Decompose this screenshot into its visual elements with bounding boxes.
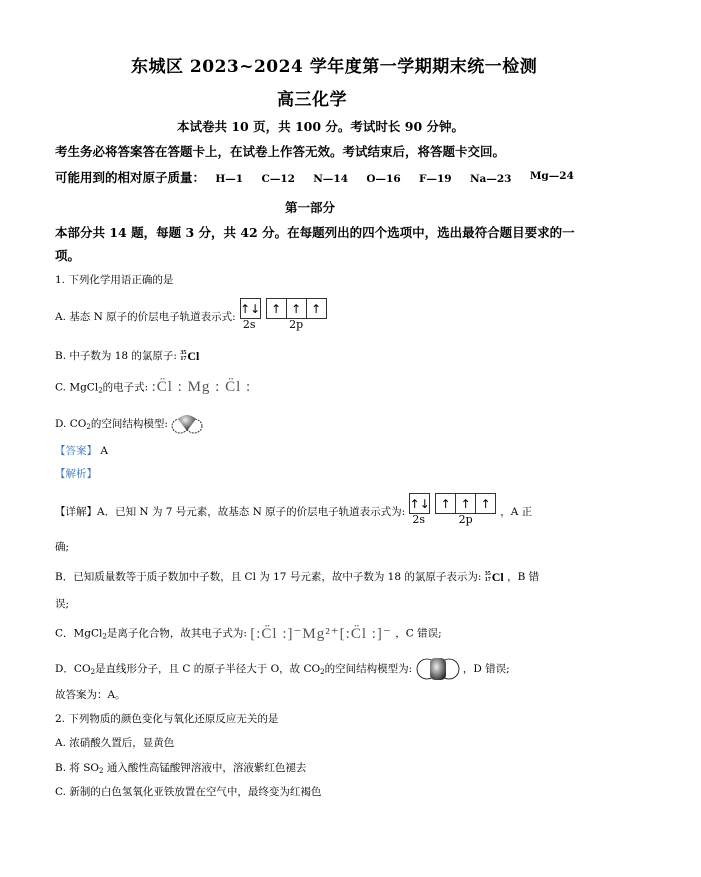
orbital-label-2p: 2p bbox=[434, 514, 497, 525]
orbital-label-2p: 2p bbox=[265, 319, 328, 330]
detail-b-cont: 误; bbox=[55, 596, 69, 611]
detail-b: B．已知质量数等于质子数加中子数，且 Cl 为 17 号元素，故中子数为 18 … bbox=[55, 569, 539, 585]
atomic-masses: 可能用到的相对原子质量： H—1 C—12 N—14 O—16 F—19 Na—… bbox=[55, 168, 574, 186]
exam-title: 东城区 2023~2024 学年度第一学期期末统一检测 bbox=[131, 52, 537, 77]
q2-stem: 2. 下列物质的颜色变化与氧化还原反应无关的是 bbox=[55, 711, 278, 726]
isotope-symbol: Cl bbox=[187, 349, 199, 364]
detail-d: D．CO2是直线形分子，且 C 的原子半径大于 O，故 CO2的空间结构模型为:… bbox=[55, 657, 510, 681]
lewis-structure-mgcl2: :C̈l : Mg : C̈l : bbox=[152, 379, 252, 395]
atomic-mass-c: C—12 bbox=[261, 173, 294, 185]
orbital-2p: ↑ ↑ ↑ bbox=[435, 493, 496, 514]
detail-a-text: A．已知 N 为 7 号元素，故基态 N 原子的价层电子轨道表示式为: bbox=[97, 506, 405, 518]
orbital-2p: ↑ ↑ ↑ bbox=[266, 298, 327, 319]
orbital-diagram: ↑↓ ↑ ↑ ↑ 2s 2p bbox=[408, 493, 497, 525]
q2-option-b-prefix: B. 将 SO bbox=[55, 762, 99, 774]
detail-label-text: 【详解】 bbox=[55, 506, 97, 518]
answer-label: 【答案】 bbox=[55, 445, 97, 457]
orbital-label-2s: 2s bbox=[408, 514, 429, 525]
q2-option-a: A. 浓硝酸久置后，显黄色 bbox=[55, 735, 174, 750]
detail-b-text: B．已知质量数等于质子数加中子数，且 Cl 为 17 号元素，故中子数为 18 … bbox=[55, 571, 481, 583]
exam-info: 本试卷共 10 页，共 100 分。考试时长 90 分钟。 bbox=[177, 117, 464, 135]
part-desc-line1: 本部分共 14 题，每题 3 分，共 42 分。在每题列出的四个选项中，选出最符… bbox=[55, 223, 575, 241]
q1-stem: 1. 下列化学用语正确的是 bbox=[55, 272, 173, 287]
detail-d-prefix: D．CO bbox=[55, 663, 91, 675]
detail-d-mid2: 的空间结构模型为: bbox=[325, 663, 413, 675]
part-desc-line2: 项。 bbox=[55, 246, 80, 264]
atomic-mass-mg: Mg—24 bbox=[530, 170, 574, 182]
isotope-atomic-number: 17 bbox=[485, 577, 491, 583]
q1-conclusion: 故答案为：A。 bbox=[55, 687, 126, 702]
orbital-2s: ↑↓ bbox=[409, 493, 430, 514]
isotope-notation: 3517 Cl bbox=[180, 349, 199, 364]
exam-subject: 高三化学 bbox=[277, 85, 347, 110]
q1-option-b: B. 中子数为 18 的氯原子: 3517 Cl bbox=[55, 348, 199, 364]
orbital-box: ↑ bbox=[286, 299, 306, 318]
isotope-atomic-number: 17 bbox=[180, 356, 186, 362]
detail-d-end: ，D 错误; bbox=[463, 663, 510, 675]
atomic-mass-label: 可能用到的相对原子质量： bbox=[55, 170, 205, 185]
q1-option-d-prefix: D. CO bbox=[55, 418, 86, 430]
q1-option-c-suffix: 的电子式: bbox=[103, 382, 149, 394]
detail-a-cont: 确; bbox=[55, 539, 69, 554]
q1-answer: 【答案】 A bbox=[55, 443, 108, 458]
detail-c-mid: 是离子化合物，故其电子式为: bbox=[107, 628, 247, 640]
isotope-notation: 3517 Cl bbox=[485, 570, 504, 585]
q2-option-b: B. 将 SO2 通入酸性高锰酸钾溶液中，溶液紫红色褪去 bbox=[55, 760, 306, 775]
detail-a: 【详解】A．已知 N 为 7 号元素，故基态 N 原子的价层电子轨道表示式为: … bbox=[55, 493, 532, 525]
q1-option-a: A. 基态 N 原子的价层电子轨道表示式: ↑↓ ↑ ↑ ↑ 2s 2p bbox=[55, 298, 331, 330]
detail-label: 【详解】A．已知 N 为 7 号元素，故基态 N 原子的价层电子轨道表示式为: bbox=[55, 504, 405, 519]
detail-c: C．MgCl2是离子化合物，故其电子式为: [:C̈l :]⁻Mg²⁺[:C̈l… bbox=[55, 624, 442, 643]
q1-option-c: C. MgCl2的电子式: :C̈l : Mg : C̈l : bbox=[55, 379, 251, 396]
exam-instruction: 考生务必将答案答在答题卡上，在试卷上作答无效。考试结束后，将答题卡交回。 bbox=[55, 142, 505, 160]
lewis-structure-ionic: [:C̈l :]⁻Mg²⁺[:C̈l :]⁻ bbox=[250, 626, 392, 642]
orbital-box: ↑↓ bbox=[410, 494, 429, 513]
analysis-label: 【解析】 bbox=[55, 466, 97, 481]
part-heading: 第一部分 bbox=[285, 198, 335, 216]
q2-option-c: C. 新制的白色氢氧化亚铁放置在空气中，最终变为红褐色 bbox=[55, 784, 321, 799]
atomic-mass-na: Na—23 bbox=[470, 173, 512, 185]
detail-d-mid1: 是直线形分子，且 C 的原子半径大于 O，故 CO bbox=[95, 663, 320, 675]
atomic-mass-h: H—1 bbox=[215, 173, 243, 185]
orbital-box: ↑ bbox=[436, 494, 455, 513]
detail-c-prefix: C．MgCl bbox=[55, 628, 102, 640]
orbital-box: ↑↓ bbox=[241, 299, 260, 318]
orbital-box: ↑ bbox=[455, 494, 475, 513]
orbital-diagram: ↑↓ ↑ ↑ ↑ 2s 2p bbox=[239, 298, 328, 330]
isotope-symbol: Cl bbox=[492, 570, 504, 585]
bent-molecule-model-icon bbox=[171, 413, 203, 435]
atomic-mass-n: N—14 bbox=[313, 173, 348, 185]
orbital-2s: ↑↓ bbox=[240, 298, 261, 319]
atomic-mass-f: F—19 bbox=[419, 173, 452, 185]
q1-option-c-prefix: C. MgCl bbox=[55, 382, 98, 394]
orbital-box: ↑ bbox=[475, 494, 495, 513]
orbital-label-2s: 2s bbox=[239, 319, 260, 330]
detail-c-end: ，C 错误; bbox=[395, 628, 441, 640]
orbital-box: ↑ bbox=[267, 299, 286, 318]
detail-a-end: ，A 正 bbox=[500, 504, 532, 519]
answer-value: A bbox=[100, 445, 108, 457]
atomic-mass-o: O—16 bbox=[366, 173, 400, 185]
q2-option-b-suffix: 通入酸性高锰酸钾溶液中，溶液紫红色褪去 bbox=[107, 762, 307, 774]
q1-option-a-text: A. 基态 N 原子的价层电子轨道表示式: bbox=[55, 309, 236, 324]
q1-option-b-text: B. 中子数为 18 的氯原子: bbox=[55, 350, 177, 362]
subscript: 2 bbox=[99, 767, 103, 775]
q1-option-d: D. CO2的空间结构模型: bbox=[55, 413, 203, 435]
linear-molecule-model-icon bbox=[416, 657, 460, 681]
detail-b-end: ，B 错 bbox=[507, 571, 539, 583]
orbital-box: ↑ bbox=[306, 299, 326, 318]
q1-option-d-suffix: 的空间结构模型: bbox=[91, 418, 168, 430]
